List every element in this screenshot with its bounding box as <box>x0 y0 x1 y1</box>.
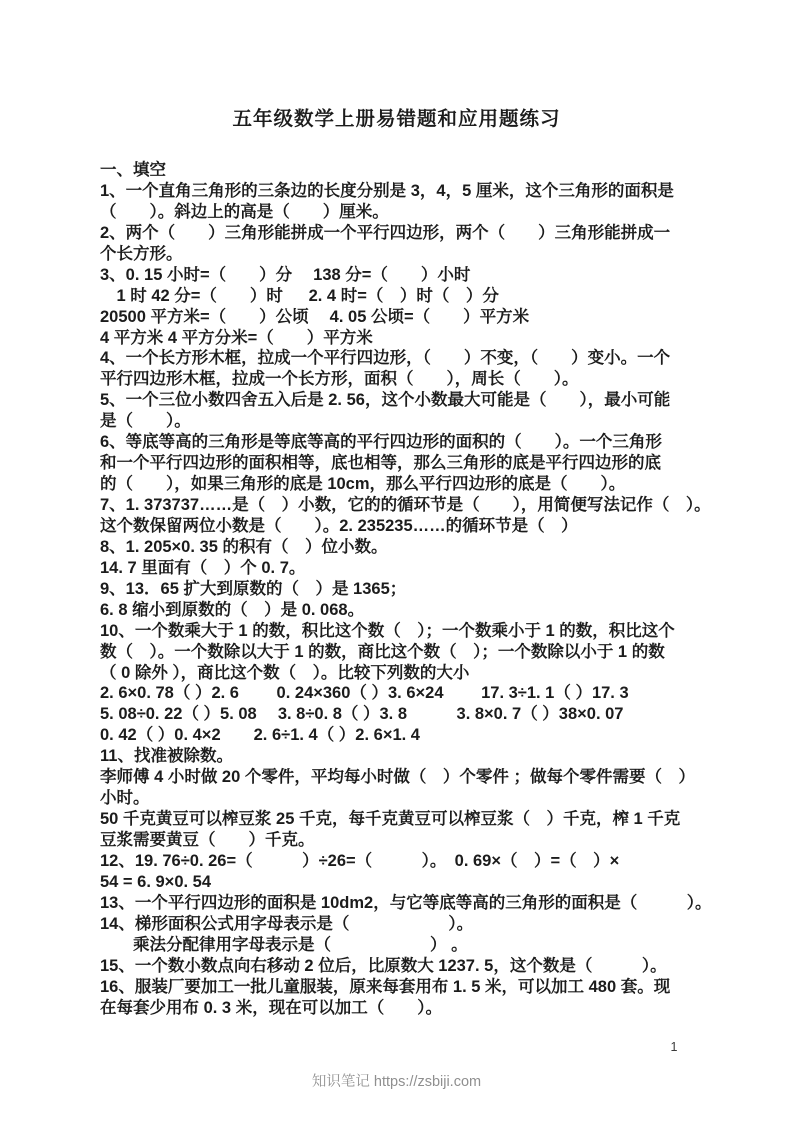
worksheet-line: 豆浆需要黄豆（ ）千克。 <box>100 830 740 851</box>
page-number: 1 <box>664 1040 684 1054</box>
worksheet-line: 数（ ）。一个数除以大于 1 的数，商比这个数（ ）；一个数除以小于 1 的数 <box>100 642 740 663</box>
worksheet-line: 14、梯形面积公式用字母表示是（ ）。 <box>100 914 740 935</box>
worksheet-line: 1 时 42 分=（ ）时 2. 4 时=（ ）时（ ）分 <box>100 286 740 307</box>
worksheet-line: 4、一个长方形木框，拉成一个平行四边形，（ ）不变，（ ）变小。一个 <box>100 348 740 369</box>
worksheet-line: 9、13．65 扩大到原数的（ ）是 1365； <box>100 579 740 600</box>
worksheet-line: 2、两个（ ）三角形能拼成一个平行四边形，两个（ ）三角形能拼成一 <box>100 223 740 244</box>
footer-watermark: 知识笔记 https://zsbiji.com <box>0 1070 793 1091</box>
worksheet-line: 4 平方米 4 平方分米=（ ）平方米 <box>100 328 740 349</box>
worksheet-line: 6. 8 缩小到原数的（ ）是 0. 068。 <box>100 600 740 621</box>
worksheet-line: 平行四边形木框，拉成一个长方形，面积（ ），周长（ ）。 <box>100 369 740 390</box>
worksheet-line: 54 = 6. 9×0. 54 <box>100 872 740 893</box>
worksheet-line: 10、一个数乘大于 1 的数，积比这个数（ ）；一个数乘小于 1 的数，积比这个 <box>100 621 740 642</box>
worksheet-line: 的（ ），如果三角形的底是 10cm，那么平行四边形的底是（ ）。 <box>100 474 740 495</box>
worksheet-line: 5、一个三位小数四舍五入后是 2. 56，这个小数最大可能是（ ），最小可能 <box>100 390 740 411</box>
worksheet-line: 李师傅 4 小时做 20 个零件，平均每小时做（ ）个零件 ；做每个零件需要（ … <box>100 767 740 788</box>
worksheet-body: 一、填空 1、一个直角三角形的三条边的长度分别是 3，4，5 厘米，这个三角形的… <box>100 160 740 1018</box>
worksheet-line: 13、一个平行四边形的面积是 10dm2，与它等底等高的三角形的面积是（ ）。 <box>100 893 740 914</box>
worksheet-line: 7、1. 373737……是（ ）小数，它的的循环节是（ ），用简便写法记作（ … <box>100 495 740 516</box>
worksheet-line: （ 0 除外 ），商比这个数（ ）。比较下列数的大小 <box>100 663 740 684</box>
worksheet-line: 15、一个数小数点向右移动 2 位后，比原数大 1237. 5，这个数是（ ）。 <box>100 956 740 977</box>
worksheet-line: 0. 42（ ）0. 4×2 2. 6÷1. 4（ ）2. 6×1. 4 <box>100 725 740 746</box>
worksheet-line: 12、19. 76÷0. 26=（ ）÷26=（ ）。 0. 69×（ ）=（ … <box>100 851 740 872</box>
worksheet-line: 是（ ）。 <box>100 411 740 432</box>
document-title: 五年级数学上册易错题和应用题练习 <box>0 103 793 131</box>
worksheet-line: 5. 08÷0. 22（ ）5. 08 3. 8÷0. 8（ ）3. 8 3. … <box>100 704 740 725</box>
worksheet-line: 在每套少用布 0. 3 米，现在可以加工（ ）。 <box>100 998 740 1019</box>
worksheet-page: 五年级数学上册易错题和应用题练习 一、填空 1、一个直角三角形的三条边的长度分别… <box>0 0 793 1122</box>
worksheet-line: 8、1. 205×0. 35 的积有（ ）位小数。 <box>100 537 740 558</box>
worksheet-line: 和一个平行四边形的面积相等，底也相等，那么三角形的底是平行四边形的底 <box>100 453 740 474</box>
worksheet-line: 1、一个直角三角形的三条边的长度分别是 3，4，5 厘米，这个三角形的面积是 <box>100 181 740 202</box>
worksheet-line: 14. 7 里面有（ ）个 0. 7。 <box>100 558 740 579</box>
worksheet-line: 16、服装厂要加工一批儿童服装，原来每套用布 1. 5 米，可以加工 480 套… <box>100 977 740 998</box>
section-heading: 一、填空 <box>100 160 740 181</box>
worksheet-line: （ ）。斜边上的高是（ ）厘米。 <box>100 202 740 223</box>
worksheet-line: 乘法分配律用字母表示是（ ） 。 <box>100 935 740 956</box>
worksheet-line: 这个数保留两位小数是（ ）。2. 235235……的循环节是（ ） <box>100 516 740 537</box>
worksheet-line: 50 千克黄豆可以榨豆浆 25 千克，每千克黄豆可以榨豆浆（ ）千克，榨 1 千… <box>100 809 740 830</box>
worksheet-line: 小时。 <box>100 788 740 809</box>
worksheet-line: 20500 平方米=（ ）公顷 4. 05 公顷=（ ）平方米 <box>100 307 740 328</box>
worksheet-line: 6、等底等高的三角形是等底等高的平行四边形的面积的（ ）。一个三角形 <box>100 432 740 453</box>
worksheet-line: 2. 6×0. 78（ ）2. 6 0. 24×360（ ）3. 6×24 17… <box>100 683 740 704</box>
worksheet-line: 3、0. 15 小时=（ ）分 138 分=（ ）小时 <box>100 265 740 286</box>
worksheet-line: 11、找准被除数。 <box>100 746 740 767</box>
worksheet-line: 个长方形。 <box>100 244 740 265</box>
